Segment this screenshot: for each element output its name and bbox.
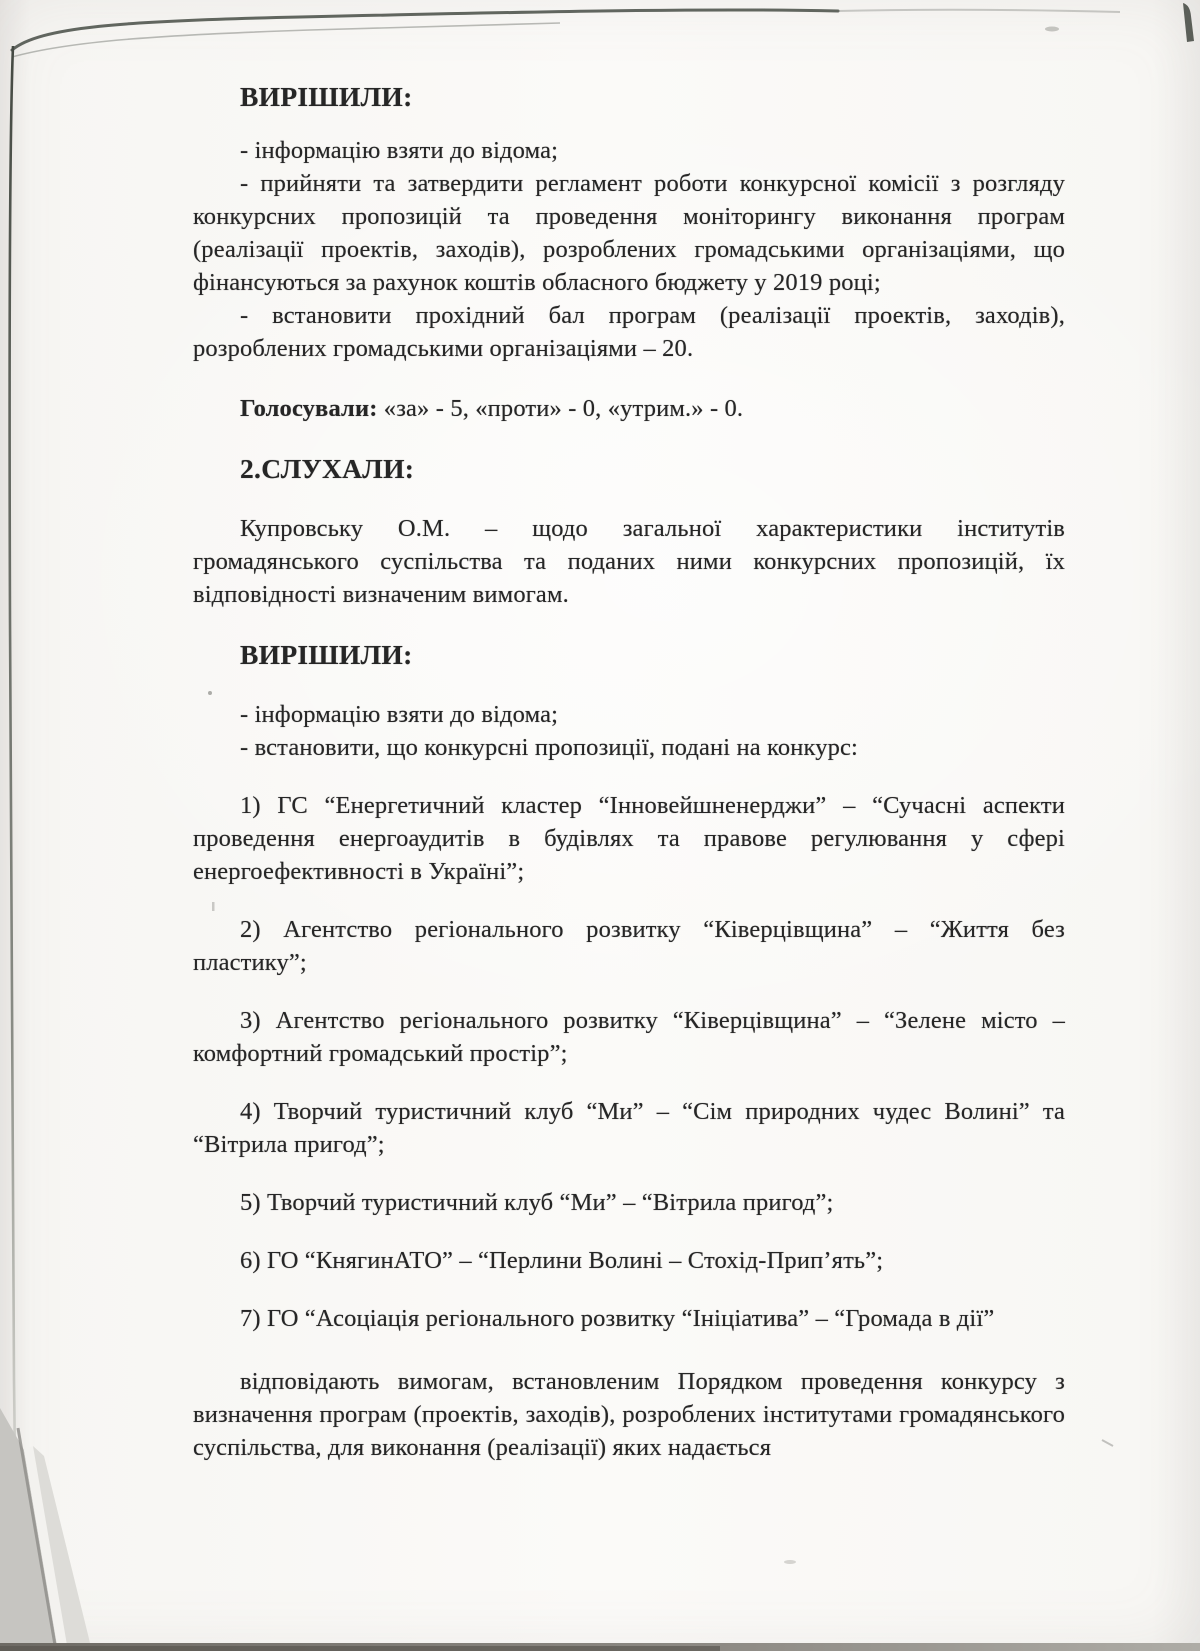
- heard-paragraph: Купровську О.М. – щодо загальної характе…: [193, 512, 1065, 611]
- vote-values: «за» - 5, «проти» - 0, «утрим.» - 0.: [378, 395, 744, 422]
- proposal-item-3: 3) Агентство регіонального розвитку “Ків…: [193, 1004, 1065, 1070]
- closing-paragraph: відповідають вимогам, встановленим Поряд…: [193, 1365, 1065, 1464]
- resolution-paragraph: - інформацію взяти до відома;: [193, 134, 1065, 167]
- proposal-item-5: 5) Творчий туристичний клуб “Ми” – “Вітр…: [193, 1186, 1065, 1219]
- document-body: ВИРІШИЛИ: - інформацію взяти до відома; …: [193, 80, 1065, 1464]
- proposal-item-7: 7) ГО “Асоціація регіонального розвитку …: [193, 1302, 1065, 1335]
- proposal-item-2: 2) Агентство регіонального розвитку “Ків…: [193, 913, 1065, 979]
- section-heading-decided-1: ВИРІШИЛИ:: [193, 80, 1065, 113]
- resolution-paragraph: - інформацію взяти до відома;: [193, 698, 1065, 731]
- section-heading-decided-2: ВИРІШИЛИ:: [193, 638, 1065, 671]
- proposal-item-6: 6) ГО “КнягинАТО” – “Перлини Волині – Ст…: [193, 1244, 1065, 1277]
- proposal-item-1: 1) ГС “Енергетичний кластер “Інновейшнен…: [193, 789, 1065, 888]
- proposal-item-4: 4) Творчий туристичний клуб “Ми” – “Сім …: [193, 1095, 1065, 1161]
- section-heading-heard: 2.СЛУХАЛИ:: [193, 452, 1065, 485]
- resolution-paragraph: - встановити, що конкурсні пропозиції, п…: [193, 731, 1065, 764]
- scanned-page: ВИРІШИЛИ: - інформацію взяти до відома; …: [0, 0, 1200, 1651]
- resolution-paragraph: - встановити прохідний бал програм (реал…: [193, 299, 1065, 365]
- vote-line: Голосували: «за» - 5, «проти» - 0, «утри…: [193, 392, 1065, 425]
- vote-label: Голосували:: [240, 395, 378, 422]
- scan-bottom-edge: [0, 1643, 1200, 1651]
- scan-corner-fold: [0, 1408, 92, 1651]
- scan-left-edge: [10, 46, 15, 1462]
- scan-top-right-corner: [1183, 3, 1194, 42]
- resolution-paragraph: - прийняти та затвердити регламент робот…: [193, 167, 1065, 299]
- scan-top-edge: [12, 10, 1120, 57]
